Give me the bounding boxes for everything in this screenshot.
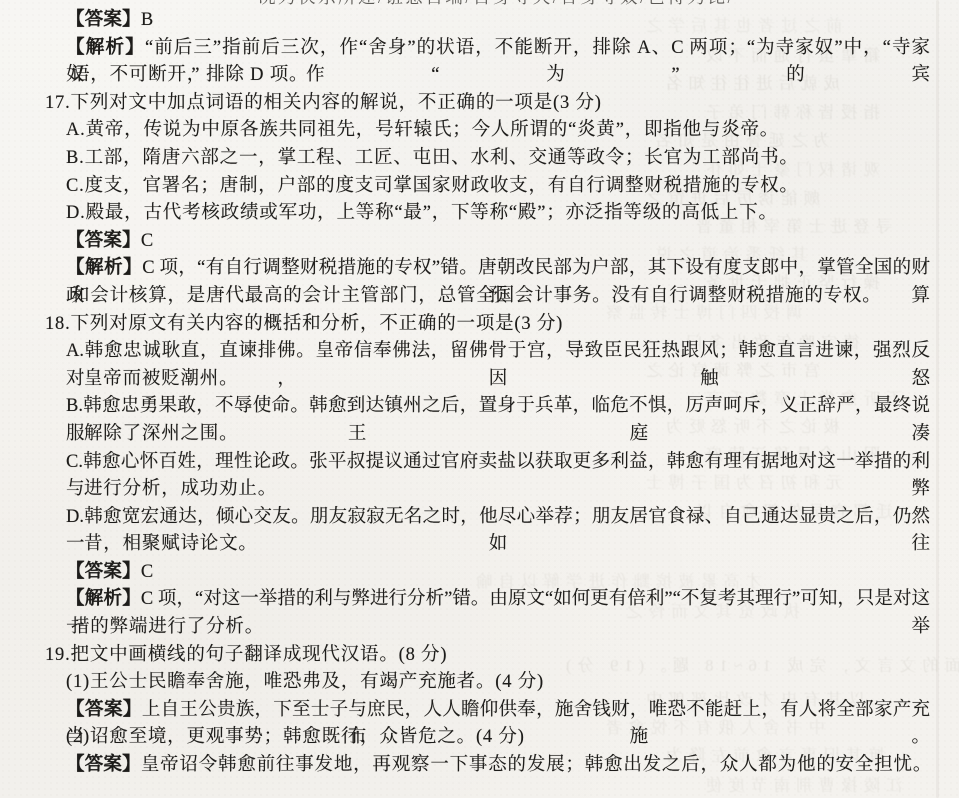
- text-line: 【解析】C 项，“对这一举措的利与弊进行分析”错。由原文“如何更有倍利”“不复考…: [0, 586, 930, 614]
- line-text: A.黄帝，传说为中原各族共同祖先，号轩辕氏；今人所谓的“炎黄”，即指他与炎帝。: [66, 120, 779, 140]
- text-line: A.黄帝，传说为中原各族共同祖先，号轩辕氏；今人所谓的“炎黄”，即指他与炎帝。: [0, 117, 959, 145]
- line-text: (2)诏愈至境，更观事势；韩愈既行，众皆危之。(4 分): [66, 727, 525, 747]
- text-line: 19.把文中画横线的句子翻译成现代汉语。(8 分): [0, 642, 959, 670]
- line-text: 昔，相聚赋诗论文。: [84, 534, 258, 554]
- answer-label: 【答案】: [66, 755, 141, 775]
- answer-label: 【解析】: [66, 589, 141, 609]
- answer-label: 【解析】: [66, 258, 142, 278]
- line-text: 17.下列对文中加点词语的相关内容的解说，不正确的一项是(3 分): [45, 93, 602, 113]
- text-line: C.度支，官署名；唐制，户部的度支司掌国家财政收支，有自行调整财税措施的专权。: [0, 173, 959, 201]
- answer-label: 【答案】: [66, 562, 141, 582]
- text-line: 【答案】皇帝诏令韩愈前往事发地，再观察一下事态的发展；韩愈出发之后，众人都为他的…: [0, 752, 959, 780]
- line-text: C.度支，官署名；唐制，户部的度支司掌国家财政收支，有自行调整财税措施的专权。: [66, 176, 799, 196]
- answer-label: 【答案】: [66, 10, 141, 30]
- text-line: D.韩愈宽宏通达，倾心交友。朋友寂寂无名之时，他尽心举荐；朋友居官食禄、自己通达…: [0, 504, 930, 532]
- text-line: B.工部，隋唐六部之一，掌工程、工匠、屯田、水利、交通等政令；长官为工部尚书。: [0, 145, 959, 173]
- text-line: D.殿最，古代考核政绩或军功，上等称“最”，下等称“殿”；亦泛指等级的高低上下。: [0, 200, 959, 228]
- line-text: C: [141, 231, 154, 251]
- scanned-exam-page: 前之过者也其后学之籍辈虽行通而不改成就后进往往知名指授皆称韩门弟子为之延誉由是知…: [0, 0, 959, 798]
- line-text: 语，不可断开，排除 D 项。: [71, 65, 308, 85]
- line-text: 进行分析，成功劝止。: [84, 479, 277, 499]
- line-text: D.殿最，古代考核政绩或军功，上等称“最”，下等称“殿”；亦泛指等级的高低上下。: [66, 203, 778, 223]
- line-text: 解除了深州之围。: [84, 424, 238, 444]
- text-line: 17.下列对文中加点词语的相关内容的解说，不正确的一项是(3 分): [0, 90, 959, 118]
- line-text: B.工部，隋唐六部之一，掌工程、工匠、屯田、水利、交通等政令；长官为工部尚书。: [66, 148, 799, 168]
- answer-key-text: 【答案】B【解析】“前后三”指前后三次，作“舍身”的状语，不能断开，排除 A、C…: [0, 0, 959, 798]
- line-text: 19.把文中画横线的句子翻译成现代汉语。(8 分): [45, 645, 447, 665]
- line-text: 皇帝而被贬潮州。: [84, 369, 238, 389]
- text-line: 【答案】B: [0, 7, 959, 35]
- answer-label: 【答案】: [66, 700, 142, 720]
- line-text: 皇帝诏令韩愈前往事发地，再观察一下事态的发展；韩愈出发之后，众人都为他的安全担忧…: [141, 755, 932, 775]
- line-text: C: [141, 562, 154, 582]
- text-line: 【答案】C: [0, 559, 959, 587]
- answer-label: 【答案】: [66, 231, 141, 251]
- answer-label: 【解析】: [66, 38, 145, 58]
- text-line: (1)王公士民瞻奉舍施，唯恐弗及，有竭产充施者。(4 分): [0, 669, 959, 697]
- text-line: 【答案】上自王公贵族，下至士子与庶民，人人瞻仰供奉，施舍钱财，唯恐不能赶上，有人…: [0, 697, 930, 725]
- text-line: 【解析】“前后三”指前后三次，作“舍身”的状语，不能断开，排除 A、C 两项；“…: [0, 35, 930, 63]
- line-text: 和会计核算，是唐代最高的会计主管部门，总管全国会计事务。没有自行调整财税措施的专…: [71, 286, 882, 306]
- line-text: (1)王公士民瞻奉舍施，唯恐弗及，有竭产充施者。(4 分): [66, 672, 544, 692]
- line-text: 措的弊端进行了分析。: [71, 617, 264, 637]
- scan-edge-streak: [936, 0, 939, 798]
- text-line: A.韩愈忠诚耿直，直谏排佛。皇帝信奉佛法，留佛骨于宫，导致臣民狂热跟风；韩愈直言…: [0, 338, 930, 366]
- line-text: 18.下列对原文有关内容的概括和分析，不正确的一项是(3 分): [45, 314, 563, 334]
- text-line: 【答案】C: [0, 228, 959, 256]
- line-text: B: [141, 10, 154, 30]
- text-line: 【解析】C 项，“有自行调整财税措施的专权”错。唐朝改民部为户部，其下设有度支郎…: [0, 255, 930, 283]
- text-line: C.韩愈心怀百姓，理性论政。张平叔提议通过官府卖盐以获取更多利益，韩愈有理有据地…: [0, 449, 930, 477]
- text-line: 和会计核算，是唐代最高的会计主管部门，总管全国会计事务。没有自行调整财税措施的专…: [0, 283, 959, 311]
- text-line: 18.下列对原文有关内容的概括和分析，不正确的一项是(3 分): [0, 311, 959, 339]
- text-line: B.韩愈忠勇果敢，不辱使命。韩愈到达镇州之后，置身于兵革，临危不惧，厉声呵斥，义…: [0, 393, 930, 421]
